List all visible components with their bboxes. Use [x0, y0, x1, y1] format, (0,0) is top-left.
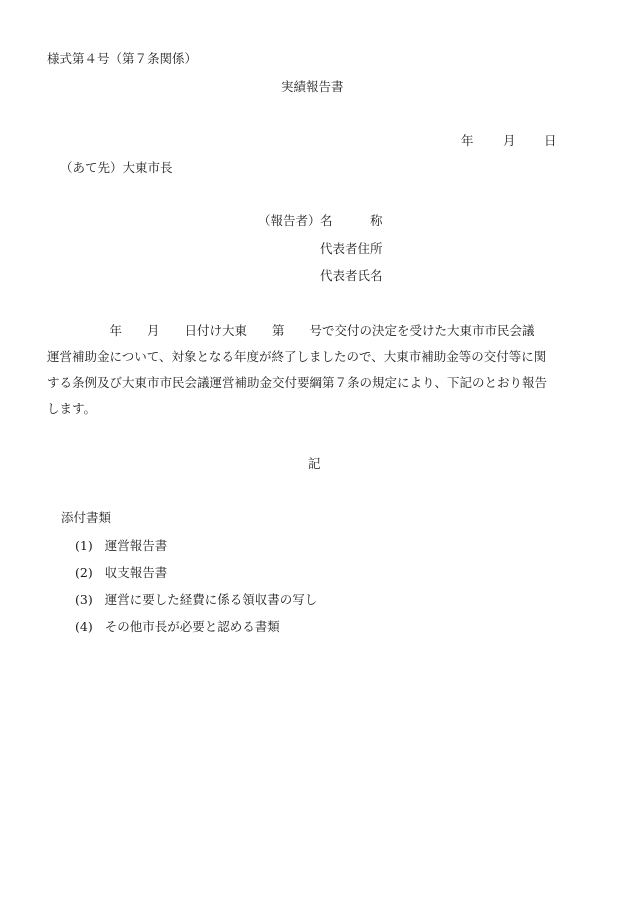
reporter-label: （報告者） [258, 215, 321, 228]
attachment-item: (3) 運営に要した経費に係る領収書の写し [75, 594, 317, 607]
document-title: 実績報告書 [281, 81, 344, 94]
attachment-label: その他市長が必要と認める書類 [105, 619, 280, 634]
body-paragraph: 年 月 日付け大東 第 号で交付の決定を受けた大東市市民会議 運営補助金について… [47, 318, 582, 422]
attachment-item: (1) 運営報告書 [75, 540, 167, 553]
ki-marker: 記 [308, 458, 321, 471]
attachment-item: (4) その他市長が必要と認める書類 [75, 621, 280, 634]
date-year: 年 [461, 135, 474, 148]
date-day: 日 [544, 135, 557, 148]
attachment-number: (2) [75, 565, 93, 580]
body-line: します。 [47, 396, 582, 422]
attachment-item: (2) 収支報告書 [75, 567, 167, 580]
attachments-heading: 添付書類 [61, 512, 111, 525]
body-line: 運営補助金について、対象となる年度が終了しましたので、大東市補助金等の交付等に関 [47, 344, 582, 370]
attachment-number: (4) [75, 619, 93, 634]
reporter-name-label: 名 称 [320, 215, 383, 228]
addressee: （あて先）大東市長 [60, 162, 173, 175]
reporter-address-label: 代表者住所 [320, 243, 383, 256]
form-number: 様式第４号（第７条関係） [47, 53, 197, 66]
body-line: する条例及び大東市市民会議運営補助金交付要綱第７条の規定により、下記のとおり報告 [47, 370, 582, 396]
attachment-label: 運営に要した経費に係る領収書の写し [105, 592, 318, 607]
attachment-label: 運営報告書 [105, 538, 168, 553]
attachment-label: 収支報告書 [105, 565, 168, 580]
body-line: 年 月 日付け大東 第 号で交付の決定を受けた大東市市民会議 [47, 318, 582, 344]
attachment-number: (1) [75, 538, 93, 553]
date-month: 月 [503, 135, 516, 148]
reporter-rep-name-label: 代表者氏名 [320, 270, 383, 283]
attachment-number: (3) [75, 592, 93, 607]
